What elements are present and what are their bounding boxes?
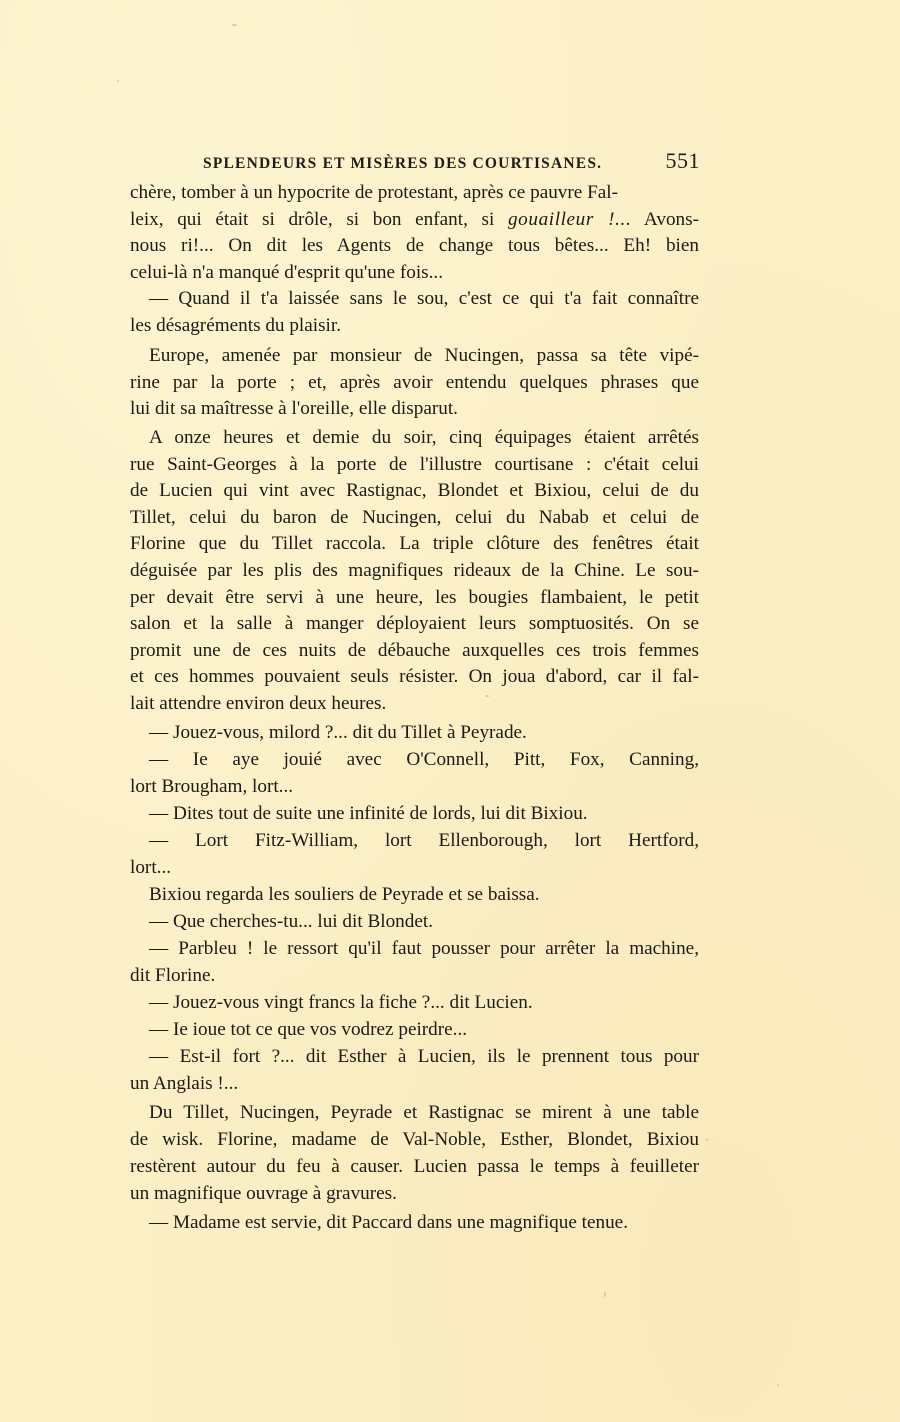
text-line: nous ri!... On dit les Agents de change … <box>130 233 699 260</box>
dialogue-line-italic: — Ie aye jouié avec O'Connell, Pitt, Fox… <box>130 747 699 774</box>
paragraph-start: Europe, amenée par monsieur de Nucingen,… <box>130 343 699 370</box>
paper-fleck <box>485 695 489 697</box>
dialogue-line-italic: lort Brougham, lort... <box>130 774 699 801</box>
text-line: de wisk. Florine, madame de Val-Noble, E… <box>130 1127 699 1154</box>
dialogue-line-italic: — Ie ioue tot ce que vos vodrez peirdre.… <box>130 1017 699 1044</box>
text-line: lait attendre environ deux heures. <box>130 691 699 718</box>
dialogue-line: — Jouez-vous, milord ?... dit du Tillet … <box>130 720 699 747</box>
page-number: 551 <box>666 148 701 174</box>
paper-fleck <box>777 1384 779 1386</box>
text-line: Florine que du Tillet raccola. La triple… <box>130 531 699 558</box>
italic-word: gouailleur !... <box>508 209 631 230</box>
dialogue-line: — Que cherches-tu... lui dit Blondet. <box>130 909 699 936</box>
dialogue-line: — Quand il t'a laissée sans le sou, c'es… <box>130 286 699 313</box>
text-line: chère, tomber à un hypocrite de protesta… <box>130 180 699 207</box>
text-line: un Anglais !... <box>130 1071 699 1098</box>
text-line: les désagréments du plaisir. <box>130 313 699 340</box>
text-line: déguisée par les plis des magnifiques ri… <box>130 558 699 585</box>
running-title: SPLENDEURS ET MISÈRES DES COURTISANES. <box>203 155 602 173</box>
text-line: dit Florine. <box>130 963 699 990</box>
dialogue-line-italic: — Lort Fitz-William, lort Ellenborough, … <box>130 828 699 855</box>
page-header: SPLENDEURS ET MISÈRES DES COURTISANES. 5… <box>203 148 700 176</box>
book-page: SPLENDEURS ET MISÈRES DES COURTISANES. 5… <box>0 0 900 1422</box>
text-line: celui-là n'a manqué d'esprit qu'une fois… <box>130 260 699 287</box>
text-line: un magnifique ouvrage à gravures. <box>130 1181 699 1208</box>
paper-fleck <box>604 1292 606 1297</box>
text-line: et ces hommes pouvaient seuls résister. … <box>130 664 699 691</box>
text-line: lui dit sa maîtresse à l'oreille, elle d… <box>130 396 699 423</box>
text-line: Tillet, celui du baron de Nucingen, celu… <box>130 505 699 532</box>
text-line: rine par la porte ; et, après avoir ente… <box>130 370 699 397</box>
paper-fleck <box>117 80 119 82</box>
dialogue-line: — Dites tout de suite une infinité de lo… <box>130 801 699 828</box>
text-line: promit une de ces nuits de débauche auxq… <box>130 638 699 665</box>
paper-fleck <box>232 24 237 26</box>
paragraph-start: A onze heures et demie du soir, cinq équ… <box>130 425 699 452</box>
text-line: de Lucien qui vint avec Rastignac, Blond… <box>130 478 699 505</box>
paragraph-start: Du Tillet, Nucingen, Peyrade et Rastigna… <box>130 1100 699 1127</box>
paragraph-start: Bixiou regarda les souliers de Peyrade e… <box>130 882 699 909</box>
text-line: restèrent autour du feu à causer. Lucien… <box>130 1154 699 1181</box>
dialogue-line-italic: lort... <box>130 855 699 882</box>
dialogue-line: — Madame est servie, dit Paccard dans un… <box>130 1210 699 1237</box>
dialogue-line: — Est-il fort ?... dit Esther à Lucien, … <box>130 1044 699 1071</box>
dialogue-line: — Parbleu ! le ressort qu'il faut pousse… <box>130 936 699 963</box>
text-line: leix, qui était si drôle, si bon enfant,… <box>130 207 699 234</box>
text-line: per devait être servi à une heure, les b… <box>130 585 699 612</box>
paper-fleck <box>706 1138 708 1141</box>
text-line: rue Saint-Georges à la porte de l'illust… <box>130 452 699 479</box>
dialogue-line: — Jouez-vous vingt francs la fiche ?... … <box>130 990 699 1017</box>
text-line: salon et la salle à manger déployaient l… <box>130 611 699 638</box>
